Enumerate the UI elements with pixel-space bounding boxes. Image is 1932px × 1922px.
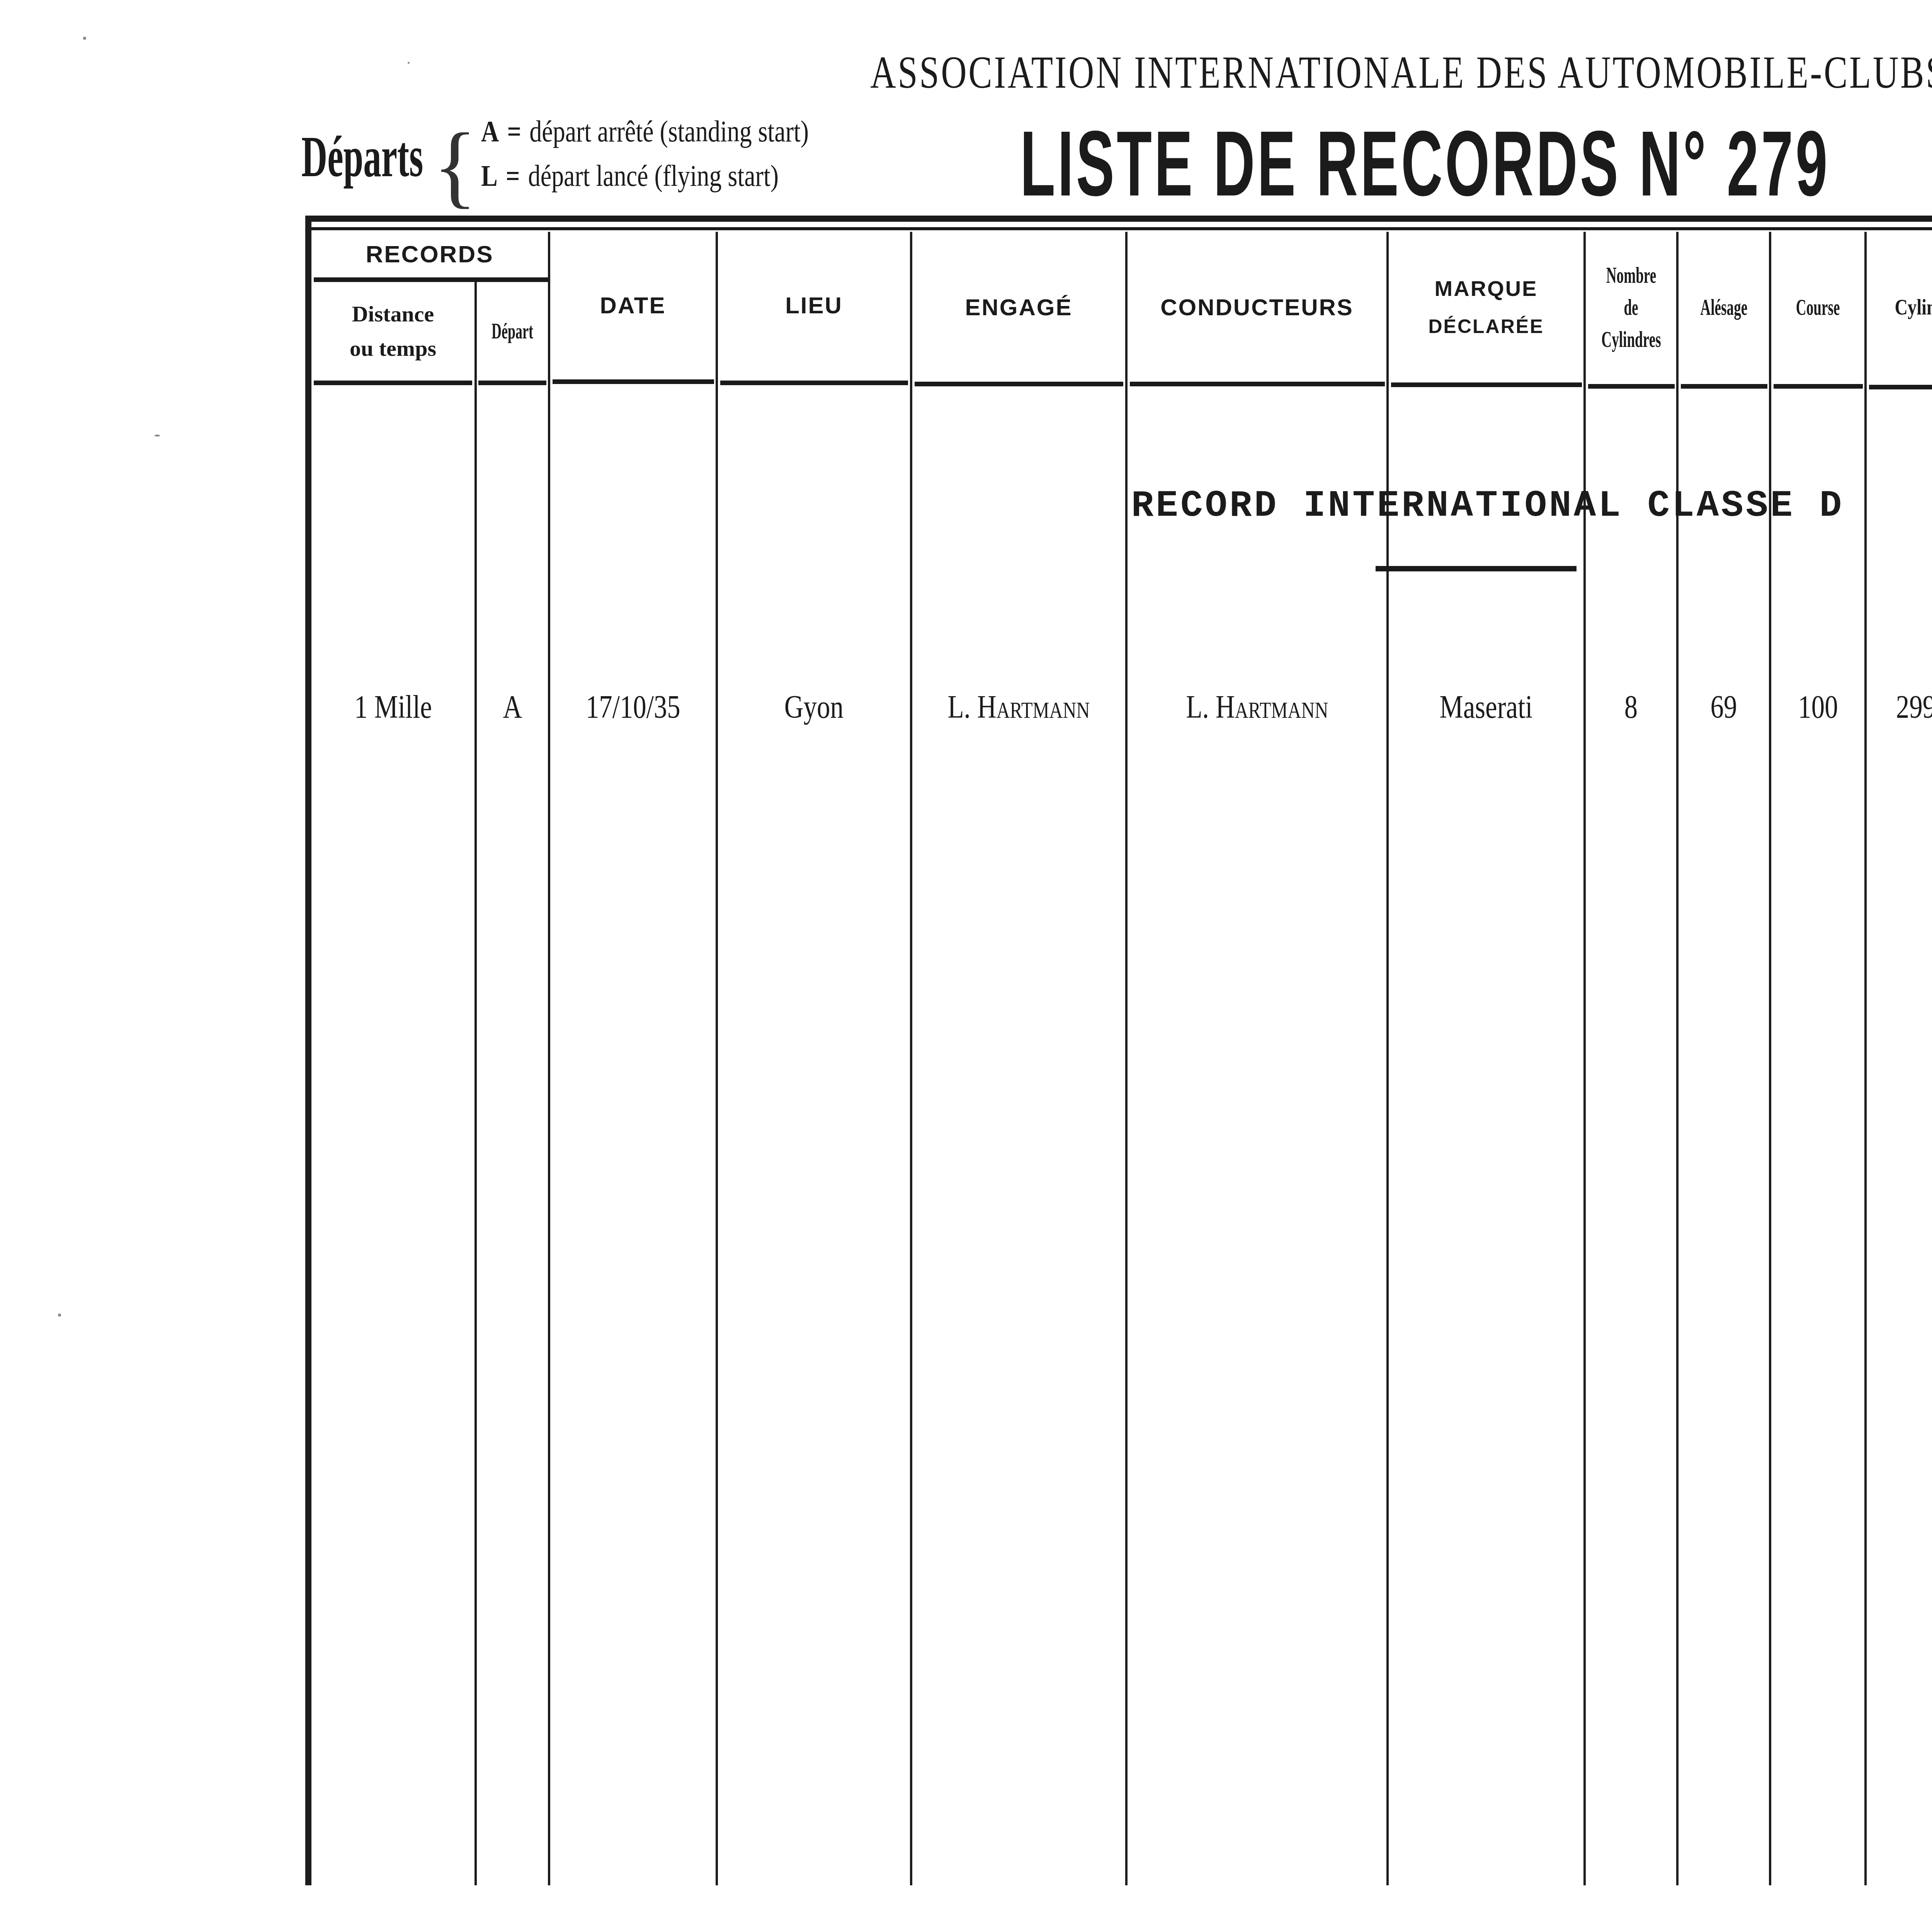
association-text: ASSOCIATION INTERNATIONALE DES AUTOMOBIL… <box>870 46 1932 99</box>
section-title: RECORD INTERNATIONAL CLASSE D <box>889 485 1932 527</box>
departs-label-text: Départs <box>301 124 423 190</box>
cell-date: 17/10/35 <box>550 680 716 734</box>
cell-course: 100 <box>1771 680 1864 734</box>
header-course: Course <box>1771 232 1864 382</box>
header-bottom-rule <box>553 379 714 384</box>
cell-text: 1 Mille <box>354 688 432 726</box>
legend-brace-icon: { <box>433 112 477 219</box>
legend-key: A <box>481 114 499 148</box>
header-line: LIEU <box>785 292 843 319</box>
header-bottom-rule <box>314 381 472 385</box>
col-divider <box>1769 232 1771 1885</box>
header-line: CONDUCTEURS <box>1160 294 1354 321</box>
header-date: DATE <box>550 232 716 379</box>
header-conducteurs: CONDUCTEURS <box>1128 232 1386 382</box>
cell-marque: Maserati <box>1389 680 1583 734</box>
col-divider <box>1864 232 1867 1885</box>
header-engage: ENGAGÉ <box>912 232 1125 382</box>
page-title: LISTE DE RECORDS N° 279 <box>1020 110 1932 217</box>
cell-distance: 1 Mille <box>311 680 474 734</box>
header-bottom-rule <box>1391 382 1582 387</box>
header-lieu: LIEU <box>718 232 910 379</box>
cell-text: A <box>503 688 522 726</box>
header-alesage: Alésage <box>1679 232 1769 382</box>
header-line: DÉCLARÉE <box>1428 316 1544 338</box>
header-cylindree: Cylindrée <box>1867 232 1932 382</box>
col-divider <box>1583 232 1586 1885</box>
table-top-rule <box>305 216 1932 222</box>
cell-nombre: 8 <box>1586 680 1676 734</box>
header-bottom-rule <box>1681 384 1767 389</box>
header-bottom-rule <box>1588 384 1675 389</box>
header-bottom-rule <box>478 381 546 385</box>
title-number-prefix: N° <box>1639 112 1708 215</box>
cell-cylindree: 2991,4 <box>1867 680 1932 734</box>
section-title-rule <box>1376 566 1577 571</box>
cell-text: 100 <box>1798 688 1838 726</box>
scan-speck <box>58 1314 61 1317</box>
legend-eq: = <box>507 114 521 148</box>
header-line: Course <box>1796 294 1840 321</box>
col-divider <box>474 280 477 1885</box>
header-line: Nombre <box>1606 262 1656 289</box>
cell-lieu: Gyon <box>718 680 910 734</box>
header-records-group: RECORDS <box>311 232 548 277</box>
cell-text: L. Hartmann <box>948 688 1090 726</box>
header-line: de <box>1624 294 1638 321</box>
header-line: Cylindres <box>1601 326 1661 353</box>
header-line: Distance <box>352 301 434 327</box>
header-line: Cylindrée <box>1895 294 1932 320</box>
header-line: MARQUE <box>1435 276 1538 301</box>
cell-conducteurs: L. Hartmann <box>1128 680 1386 734</box>
legend-text: départ lancé (flying start) <box>528 159 779 192</box>
header-bottom-rule <box>720 381 908 385</box>
cell-text: L. Hartmann <box>1186 688 1328 726</box>
cell-text: 2991,4 <box>1896 688 1932 726</box>
records-group-rule <box>314 277 548 282</box>
header-distance: Distance ou temps <box>311 282 474 381</box>
cell-engage: L. Hartmann <box>912 680 1125 734</box>
col-divider <box>716 232 718 1885</box>
header-line: Alésage <box>1700 294 1747 321</box>
legend-item-flying-start: L=départ lancé (flying start) <box>481 158 844 193</box>
col-divider <box>1125 232 1128 1885</box>
title-number: 279 <box>1727 112 1830 215</box>
cell-depart: A <box>477 680 548 734</box>
title-text: LISTE DE RECORDS <box>1020 112 1621 215</box>
header-line: ENGAGÉ <box>965 294 1072 321</box>
legend-item-standing-start: A=départ arrêté (standing start) <box>481 114 881 149</box>
header-line: DATE <box>600 292 666 319</box>
cell-text: 17/10/35 <box>586 688 680 726</box>
cell-text: Maserati <box>1439 688 1532 726</box>
legend-text: départ arrêté (standing start) <box>529 114 809 148</box>
col-divider <box>548 232 550 1885</box>
col-divider <box>1386 232 1389 1885</box>
table-left-border <box>305 216 311 1885</box>
legend-key: L <box>481 159 498 192</box>
header-marque: MARQUE DÉCLARÉE <box>1389 232 1583 382</box>
header-line: ou temps <box>350 336 436 362</box>
association-heading: ASSOCIATION INTERNATIONALE DES AUTOMOBIL… <box>688 46 1932 99</box>
header-records-text: RECORDS <box>366 241 493 268</box>
cell-text: Gyon <box>784 688 844 726</box>
header-line: Départ <box>492 318 533 344</box>
scan-speck <box>83 37 86 40</box>
cell-text: 69 <box>1711 688 1737 726</box>
header-bottom-rule <box>1774 384 1863 389</box>
cell-text: 8 <box>1624 688 1638 726</box>
table-top-rule-inner <box>309 227 1932 230</box>
cell-alesage: 69 <box>1679 680 1769 734</box>
header-bottom-rule <box>1869 385 1932 389</box>
header-depart: Départ <box>477 282 548 381</box>
scan-speck <box>155 435 160 437</box>
col-divider <box>910 232 912 1885</box>
scan-speck <box>408 62 410 64</box>
header-nombre-cylindres: Nombre de Cylindres <box>1586 232 1676 382</box>
col-divider <box>1676 232 1679 1885</box>
legend-eq: = <box>506 159 520 192</box>
